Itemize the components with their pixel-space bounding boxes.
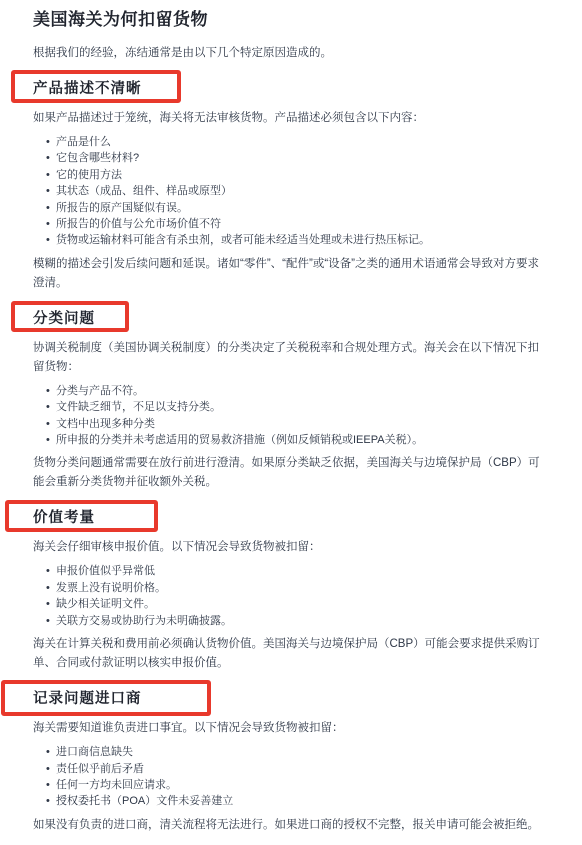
section-lead: 协调关税制度（美国协调关税制度）的分类决定了关税税率和合规处理方式。海关会在以下… (33, 339, 550, 377)
section-importer-of-record: 记录问题进口商 海关需要知道谁负责进口事宜。以下情况会导致货物被扣留： 进口商信… (33, 689, 550, 835)
section-valuation: 价值考量 海关会仔细审核申报价值。以下情况会导致货物被扣留： 申报价值似乎异常低… (33, 508, 550, 673)
section-outro: 海关在计算关税和费用前必须确认货物价值。美国海关与边境保护局（CBP）可能会要求… (33, 635, 550, 673)
section-classification: 分类问题 协调关税制度（美国协调关税制度）的分类决定了关税税率和合规处理方式。海… (33, 309, 550, 493)
section-heading: 产品描述不清晰 (33, 79, 550, 99)
section-heading: 价值考量 (33, 508, 550, 528)
section-head: 产品描述不清晰 (33, 79, 550, 99)
list-item: 它的使用方法 (46, 167, 550, 183)
section-lead: 海关会仔细审核申报价值。以下情况会导致货物被扣留： (33, 538, 550, 557)
list-item: 责任似乎前后矛盾 (46, 761, 550, 777)
list-item: 缺少相关证明文件。 (46, 596, 550, 612)
list-item: 任何一方均未回应请求。 (46, 777, 550, 793)
list-item: 所报告的原产国疑似有误。 (46, 200, 550, 216)
list-item: 关联方交易或协助行为未明确披露。 (46, 613, 550, 629)
bullet-list: 申报价值似乎异常低 发票上没有说明价格。 缺少相关证明文件。 关联方交易或协助行… (33, 563, 550, 629)
section-lead: 如果产品描述过于笼统，海关将无法审核货物。产品描述必须包含以下内容： (33, 109, 550, 128)
list-item: 申报价值似乎异常低 (46, 563, 550, 579)
list-item: 文档中出现多种分类 (46, 416, 550, 432)
list-item: 所报告的价值与公允市场价值不符 (46, 216, 550, 232)
section-lead: 海关需要知道谁负责进口事宜。以下情况会导致货物被扣留： (33, 719, 550, 738)
article: 美国海关为何扣留货物 根据我们的经验，冻结通常是由以下几个特定原因造成的。 产品… (33, 8, 550, 835)
section-outro: 货物分类问题通常需要在放行前进行澄清。如果原分类缺乏依据，美国海关与边境保护局（… (33, 454, 550, 492)
section-heading: 记录问题进口商 (33, 689, 550, 709)
list-item: 产品是什么 (46, 134, 550, 150)
list-item: 文件缺乏细节，不足以支持分类。 (46, 399, 550, 415)
section-head: 记录问题进口商 (33, 689, 550, 709)
list-item: 它包含哪些材料? (46, 150, 550, 166)
bullet-list: 分类与产品不符。 文件缺乏细节，不足以支持分类。 文档中出现多种分类 所申报的分… (33, 383, 550, 449)
list-item: 其状态（成品、组件、样品或原型） (46, 183, 550, 199)
page-title: 美国海关为何扣留货物 (33, 8, 550, 32)
section-product-description: 产品描述不清晰 如果产品描述过于笼统，海关将无法审核货物。产品描述必须包含以下内… (33, 79, 550, 293)
bullet-list: 进口商信息缺失 责任似乎前后矛盾 任何一方均未回应请求。 授权委托书（POA）文… (33, 744, 550, 810)
list-item: 授权委托书（POA）文件未妥善建立 (46, 793, 550, 809)
bullet-list: 产品是什么 它包含哪些材料? 它的使用方法 其状态（成品、组件、样品或原型） 所… (33, 134, 550, 249)
list-item: 进口商信息缺失 (46, 744, 550, 760)
intro-paragraph: 根据我们的经验，冻结通常是由以下几个特定原因造成的。 (33, 44, 550, 63)
section-outro: 如果没有负责的进口商，清关流程将无法进行。如果进口商的授权不完整，报关申请可能会… (33, 816, 550, 835)
section-heading: 分类问题 (33, 309, 550, 329)
section-head: 分类问题 (33, 309, 550, 329)
section-outro: 模糊的描述会引发后续问题和延误。诸如“零件”、“配件”或“设备”之类的通用术语通… (33, 255, 550, 293)
list-item: 分类与产品不符。 (46, 383, 550, 399)
list-item: 发票上没有说明价格。 (46, 580, 550, 596)
list-item: 货物或运输材料可能含有杀虫剂，或者可能未经适当处理或未进行热压标记。 (46, 232, 550, 248)
section-head: 价值考量 (33, 508, 550, 528)
list-item: 所申报的分类并未考虑适用的贸易救济措施（例如反倾销税或IEEPA关税）。 (46, 432, 550, 448)
